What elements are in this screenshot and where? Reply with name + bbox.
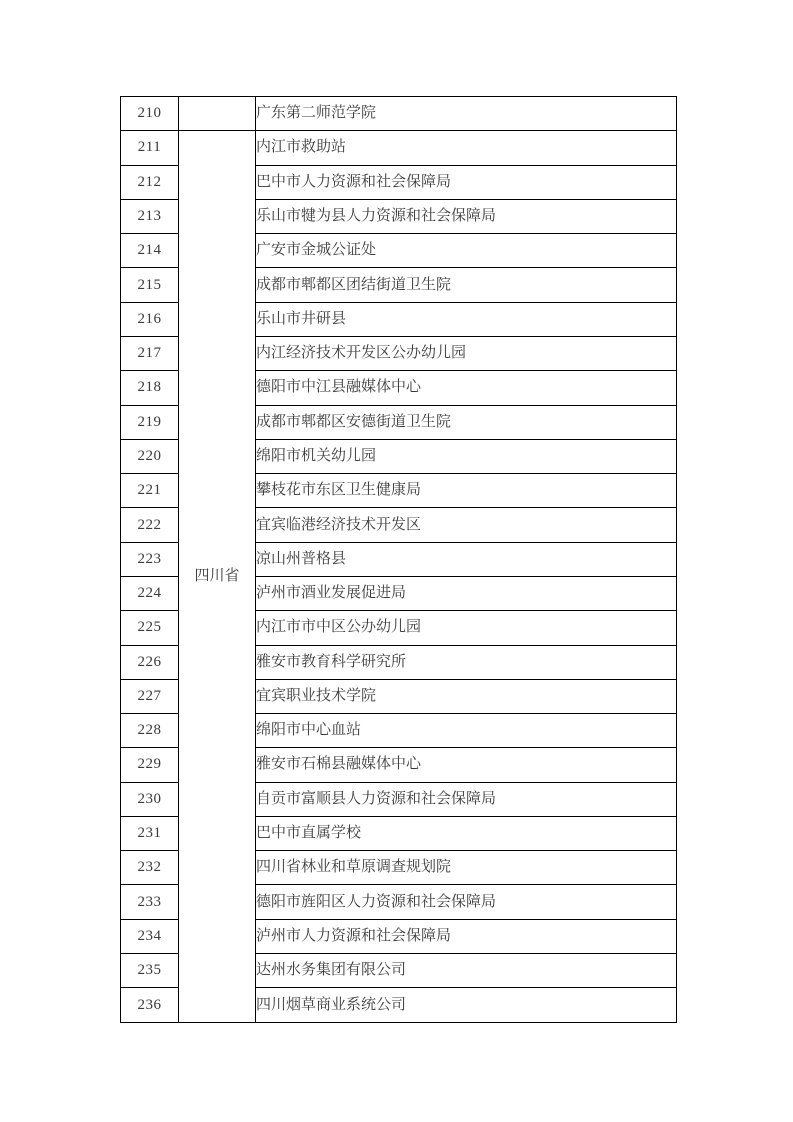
row-number-cell: 213: [121, 199, 179, 233]
organization-cell: 宜宾临港经济技术开发区: [256, 508, 677, 542]
organization-cell: 巴中市人力资源和社会保障局: [256, 165, 677, 199]
row-number-cell: 220: [121, 439, 179, 473]
organization-cell: 攀枝花市东区卫生健康局: [256, 474, 677, 508]
row-number-cell: 222: [121, 508, 179, 542]
organization-cell: 四川省林业和草原调查规划院: [256, 851, 677, 885]
organization-cell: 雅安市教育科学研究所: [256, 645, 677, 679]
row-number-cell: 235: [121, 954, 179, 988]
organization-cell: 成都市郫都区安德街道卫生院: [256, 405, 677, 439]
row-number-cell: 211: [121, 131, 179, 165]
organization-cell: 雅安市石棉县融媒体中心: [256, 748, 677, 782]
row-number-cell: 217: [121, 336, 179, 370]
organization-cell: 宜宾职业技术学院: [256, 679, 677, 713]
organization-cell: 泸州市人力资源和社会保障局: [256, 919, 677, 953]
organization-cell: 广安市金城公证处: [256, 234, 677, 268]
organization-cell: 内江经济技术开发区公办幼儿园: [256, 336, 677, 370]
organization-cell: 德阳市旌阳区人力资源和社会保障局: [256, 885, 677, 919]
row-number-cell: 236: [121, 988, 179, 1023]
organization-cell: 乐山市犍为县人力资源和社会保障局: [256, 199, 677, 233]
row-number-cell: 212: [121, 165, 179, 199]
row-number-cell: 232: [121, 851, 179, 885]
row-number-cell: 221: [121, 474, 179, 508]
row-number-cell: 224: [121, 576, 179, 610]
province-cell-empty: [179, 97, 256, 131]
document-page: 210广东第二师范学院211四川省内江市救助站212巴中市人力资源和社会保障局2…: [0, 0, 793, 1122]
table-row: 211四川省内江市救助站: [121, 131, 677, 165]
organization-cell: 广东第二师范学院: [256, 97, 677, 131]
row-number-cell: 225: [121, 611, 179, 645]
row-number-cell: 234: [121, 919, 179, 953]
row-number-cell: 218: [121, 371, 179, 405]
row-number-cell: 223: [121, 542, 179, 576]
row-number-cell: 231: [121, 816, 179, 850]
organization-cell: 四川烟草商业系统公司: [256, 988, 677, 1023]
row-number-cell: 216: [121, 302, 179, 336]
row-number-cell: 210: [121, 97, 179, 131]
organization-cell: 成都市郫都区团结街道卫生院: [256, 268, 677, 302]
row-number-cell: 233: [121, 885, 179, 919]
row-number-cell: 228: [121, 714, 179, 748]
organization-cell: 达州水务集团有限公司: [256, 954, 677, 988]
province-merged-cell: 四川省: [179, 131, 256, 1023]
row-number-cell: 226: [121, 645, 179, 679]
row-number-cell: 219: [121, 405, 179, 439]
organization-cell: 绵阳市中心血站: [256, 714, 677, 748]
row-number-cell: 214: [121, 234, 179, 268]
row-number-cell: 229: [121, 748, 179, 782]
organization-cell: 泸州市酒业发展促进局: [256, 576, 677, 610]
organization-cell: 乐山市井研县: [256, 302, 677, 336]
organization-cell: 巴中市直属学校: [256, 816, 677, 850]
organization-table: 210广东第二师范学院211四川省内江市救助站212巴中市人力资源和社会保障局2…: [120, 96, 677, 1023]
table-body: 210广东第二师范学院211四川省内江市救助站212巴中市人力资源和社会保障局2…: [121, 97, 677, 1023]
row-number-cell: 230: [121, 782, 179, 816]
organization-cell: 德阳市中江县融媒体中心: [256, 371, 677, 405]
row-number-cell: 215: [121, 268, 179, 302]
row-number-cell: 227: [121, 679, 179, 713]
table-row: 210广东第二师范学院: [121, 97, 677, 131]
organization-cell: 自贡市富顺县人力资源和社会保障局: [256, 782, 677, 816]
organization-cell: 内江市市中区公办幼儿园: [256, 611, 677, 645]
organization-cell: 凉山州普格县: [256, 542, 677, 576]
organization-cell: 绵阳市机关幼儿园: [256, 439, 677, 473]
organization-cell: 内江市救助站: [256, 131, 677, 165]
